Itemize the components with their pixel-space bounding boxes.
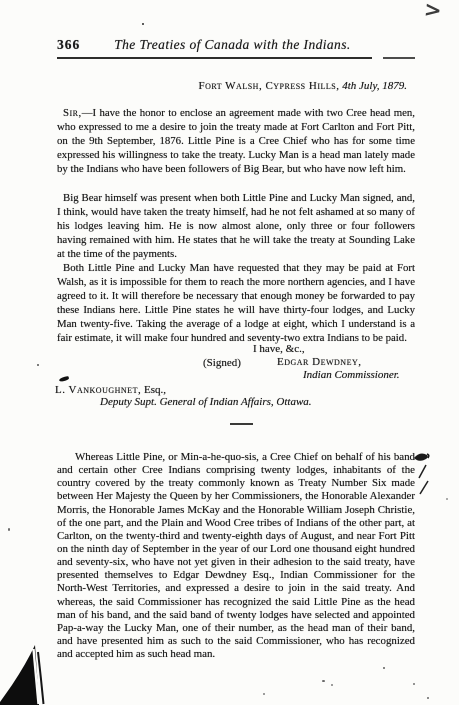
addressee-name-rest: Esq., (141, 384, 166, 396)
pen-flourish-mark (414, 454, 428, 461)
scan-speck (263, 693, 265, 695)
salutation: Sir, (63, 107, 82, 119)
header-rule-right-segment (383, 57, 415, 59)
letter-dateline: Fort Walsh, Cypress Hills, 4th July, 187… (57, 80, 407, 92)
letter-paragraph-2: Big Bear himself was present when both L… (57, 191, 415, 261)
handwritten-corner-mark: > (423, 0, 443, 23)
scan-speck (322, 680, 325, 682)
pen-slash-mark-2 (420, 481, 428, 494)
scan-speck (413, 683, 415, 685)
letter-paragraph-1: Sir,—I have the honor to enclose an agre… (57, 106, 415, 176)
letter-closing: I have, &c., (253, 343, 305, 355)
running-title: The Treaties of Canada with the Indians. (114, 37, 350, 52)
dateline-place: Fort Walsh, Cypress Hills, (198, 80, 339, 92)
dateline-date: 4th July, 1879. (342, 80, 407, 92)
signature-title: Indian Commissioner. (303, 369, 400, 381)
header-rule-left-segment (57, 57, 372, 59)
page-header: 366The Treaties of Canada with the India… (57, 36, 415, 54)
letter-paragraph-1-text: —I have the honor to enclose an agreemen… (57, 107, 415, 175)
section-divider-rule (230, 423, 253, 425)
page-number: 366 (57, 37, 80, 53)
pen-slash-mark-1 (419, 465, 426, 478)
book-page: 366The Treaties of Canada with the India… (0, 0, 459, 705)
addressee-name-smallcaps: L. Vankoughnet, (55, 384, 141, 396)
scan-speck (8, 528, 10, 531)
pen-stroke-marks (404, 448, 436, 496)
scan-speck (37, 364, 39, 366)
ink-smudge-mark (59, 376, 70, 382)
scan-speck (142, 23, 144, 25)
scan-speck (383, 667, 385, 669)
scan-speck (427, 697, 429, 699)
scan-speck (446, 498, 448, 500)
letter-paragraph-3: Both Little Pine and Lucky Man have requ… (57, 261, 415, 346)
signed-label: (Signed) (203, 357, 241, 369)
addressee-name: L. Vankoughnet, Esq., (55, 384, 166, 396)
adhesion-paragraph: Whereas Little Pine, or Min-a-he-quo-sis… (57, 451, 415, 662)
signature-name: Edgar Dewdney, (277, 356, 362, 368)
scan-speck (331, 684, 333, 686)
addressee-title: Deputy Supt. General of Indian Affairs, … (100, 396, 312, 408)
ink-blob-corner (0, 640, 50, 705)
